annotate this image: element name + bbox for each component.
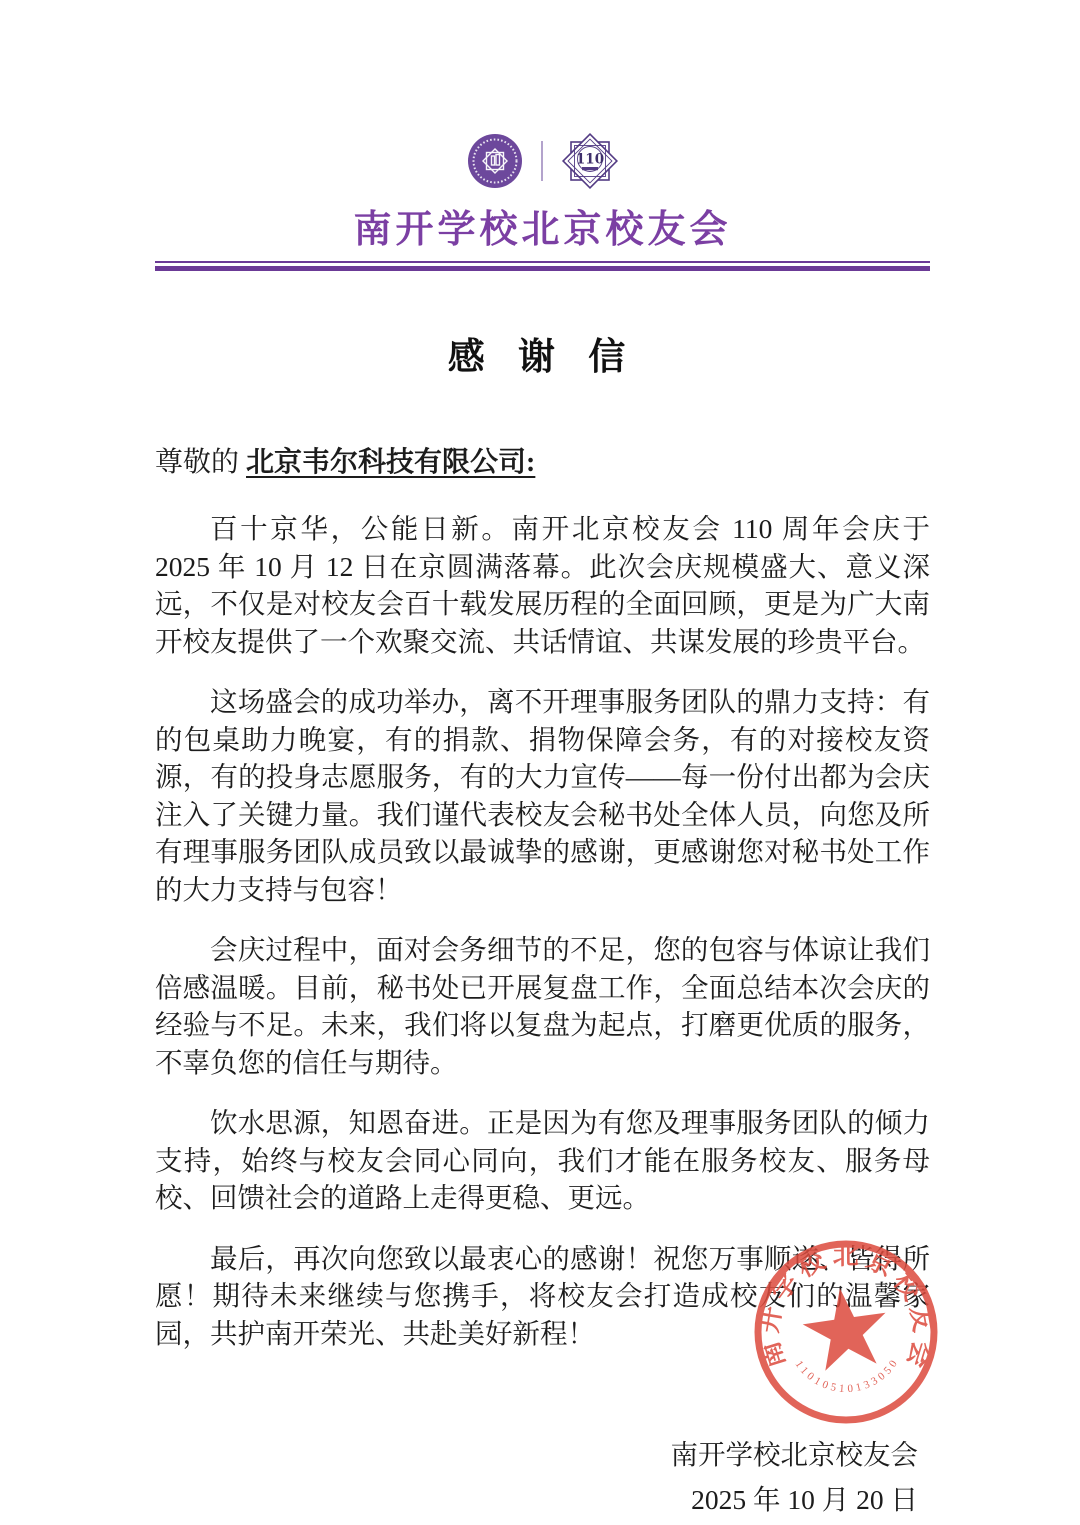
badge-number: 110 [575,152,603,168]
official-red-stamp: 南开学校北京校友会 11010510133050 [746,1232,946,1432]
110-anniversary-badge-icon: 110 [559,130,621,192]
svg-text:11010510133050: 11010510133050 [792,1358,900,1395]
stamp-number: 11010510133050 [792,1358,900,1395]
paragraph: 会庆过程中，面对会务细节的不足，您的包容与体谅让我们倍感温暖。目前，秘书处已开展… [155,931,930,1081]
letter-body: 百十京华，公能日新。南开北京校友会 110 周年会庆于 2025 年 10 月 … [155,510,930,1352]
letterhead: 110 南开学校北京校友会 [155,0,930,271]
letter-title: 感 谢 信 [155,326,930,380]
header-rule [155,261,930,271]
salutation: 尊敬的 北京韦尔科技有限公司: [155,440,930,480]
salutation-prefix: 尊敬的 [155,447,246,478]
signature-org: 南开学校北京校友会 [155,1432,918,1477]
logo-divider [541,141,543,181]
logo-row: 110 [155,128,930,194]
paragraph: 百十京华，公能日新。南开北京校友会 110 周年会庆于 2025 年 10 月 … [155,510,930,660]
signature-block: 南开学校北京校友会 2025 年 10 月 20 日 [155,1432,930,1522]
stamp-star [803,1288,886,1370]
paragraph: 饮水思源，知恩奋进。正是因为有您及理事服务团队的倾力支持，始终与校友会同心同向，… [155,1104,930,1217]
signature-date: 2025 年 10 月 20 日 [155,1477,918,1522]
org-name: 南开学校北京校友会 [155,198,930,253]
recipient-name: 北京韦尔科技有限公司: [246,447,535,478]
paragraph: 这场盛会的成功举办，离不开理事服务团队的鼎力支持：有的包桌助力晚宴，有的捐款、捐… [155,683,930,908]
badge-motto-bar [582,167,598,170]
nankai-school-seal-icon [465,131,525,191]
